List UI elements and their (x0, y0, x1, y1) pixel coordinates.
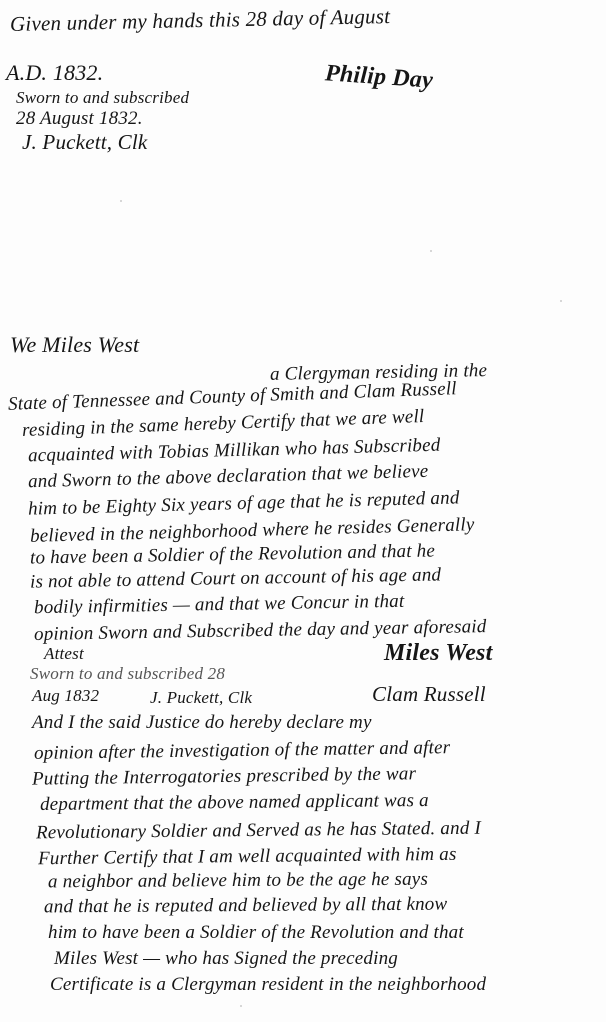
justice-line-7: a neighbor and believe him to be the age… (48, 869, 428, 894)
sworn-date-line: 28 August 1832. (16, 108, 143, 130)
attest-label: Attest (44, 644, 84, 664)
justice-line-4: department that the above named applican… (40, 790, 429, 816)
scan-speck (240, 1005, 242, 1007)
scan-speck (560, 300, 562, 302)
justice-line-9: him to have been a Soldier of the Revolu… (48, 922, 464, 944)
certificate-line-9: is not able to attend Court on account o… (30, 564, 441, 593)
justice-line-10: Miles West — who has Signed the precedin… (54, 948, 398, 970)
year-line: A.D. 1832. (6, 60, 103, 86)
signature-clam-russell: Clam Russell (372, 682, 486, 707)
scan-speck (430, 250, 432, 252)
justice-line-2: opinion after the investigation of the m… (34, 737, 451, 765)
scan-speck (120, 200, 122, 202)
justice-line-3: Putting the Interrogatories prescribed b… (32, 763, 416, 790)
justice-line-11: Certificate is a Clergyman resident in t… (50, 974, 486, 996)
justice-line-5: Revolutionary Soldier and Served as he h… (36, 818, 481, 845)
certificate-line-10: bodily infirmities — and that we Concur … (34, 591, 405, 619)
justice-line-6: Further Certify that I am well acquainte… (38, 844, 457, 870)
sworn-line: Sworn to and subscribed (16, 88, 189, 108)
certificate-heading: We Miles West (10, 332, 139, 358)
given-under-hand-line: Given under my hands this 28 day of Augu… (10, 4, 391, 37)
clerk-signature-top: J. Puckett, Clk (22, 130, 147, 155)
justice-line-8: and that he is reputed and believed by a… (44, 894, 447, 919)
sworn-subscribed-line: Sworn to and subscribed 28 (30, 664, 225, 684)
document-page: Given under my hands this 28 day of Augu… (0, 0, 606, 1022)
justice-line-1: And I the said Justice do hereby declare… (32, 712, 372, 734)
signature-miles-west: Miles West (384, 640, 492, 667)
declarant-signature: Philip Day (324, 60, 434, 94)
sworn-date: Aug 1832 (32, 686, 99, 706)
clerk-signature-middle: J. Puckett, Clk (150, 688, 252, 708)
